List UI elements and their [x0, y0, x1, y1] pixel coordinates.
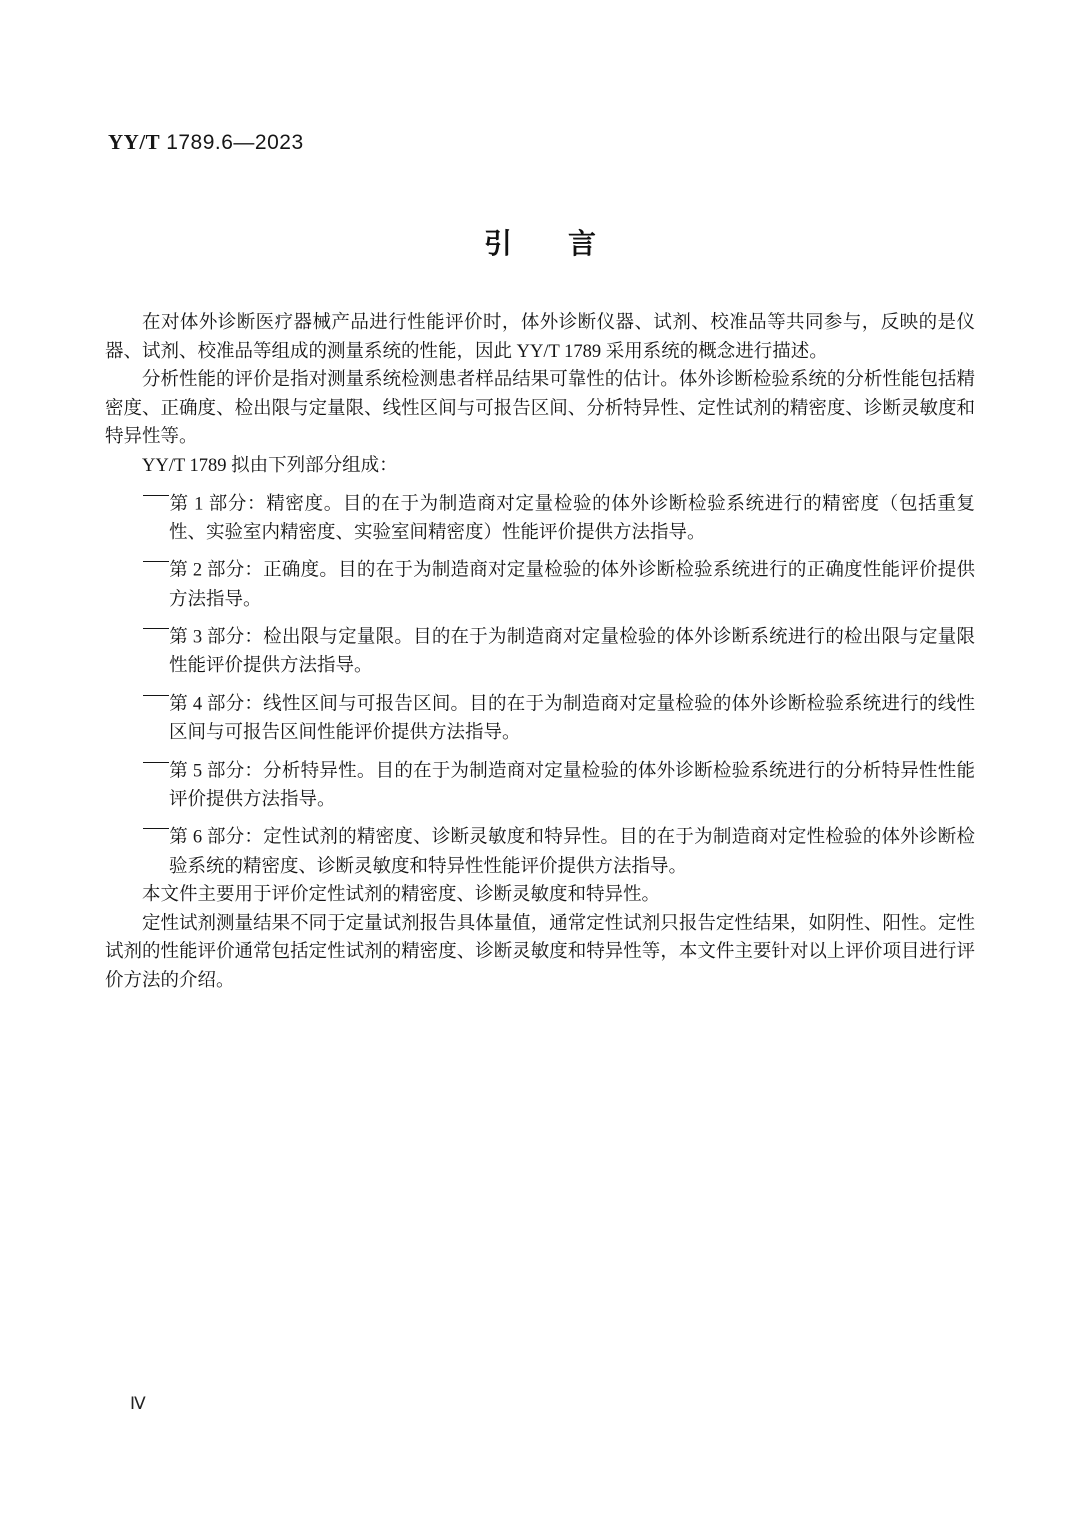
intro-paragraph-1: 在对体外诊断医疗器械产品进行性能评价时，体外诊断仪器、试剂、校准品等共同参与，反…: [105, 309, 975, 366]
standard-code-prefix: YY/T: [108, 130, 160, 154]
page-title: 引 言: [0, 222, 1080, 262]
dash-marker: ——: [143, 481, 169, 510]
part-list-item-3: ——第 3 部分：检出限与定量限。目的在于为制造商对定量检验的体外诊断系统进行的…: [105, 614, 975, 681]
dash-marker: ——: [143, 814, 169, 843]
part-item-text: 第 2 部分：正确度。目的在于为制造商对定量检验的体外诊断检验系统进行的正确度性…: [169, 561, 975, 610]
closing-paragraph: 定性试剂测量结果不同于定量试剂报告具体量值，通常定性试剂只报告定性结果，如阴性、…: [105, 910, 975, 996]
part-list-item-1: ——第 1 部分：精密度。目的在于为制造商对定量检验的体外诊断检验系统进行的精密…: [105, 481, 975, 548]
dash-marker: ——: [143, 748, 169, 777]
intro-paragraph-2: 分析性能的评价是指对测量系统检测患者样品结果可靠性的估计。体外诊断检验系统的分析…: [105, 366, 975, 452]
parts-list: ——第 1 部分：精密度。目的在于为制造商对定量检验的体外诊断检验系统进行的精密…: [105, 481, 975, 882]
part-item-text: 第 1 部分：精密度。目的在于为制造商对定量检验的体外诊断检验系统进行的精密度（…: [169, 494, 975, 543]
part-item-text: 第 4 部分：线性区间与可报告区间。目的在于为制造商对定量检验的体外诊断检验系统…: [169, 695, 975, 744]
part-item-text: 第 3 部分：检出限与定量限。目的在于为制造商对定量检验的体外诊断系统进行的检出…: [169, 628, 975, 677]
dash-marker: ——: [143, 681, 169, 710]
part-list-item-2: ——第 2 部分：正确度。目的在于为制造商对定量检验的体外诊断检验系统进行的正确…: [105, 547, 975, 614]
part-item-text: 第 6 部分：定性试剂的精密度、诊断灵敏度和特异性。目的在于为制造商对定性检验的…: [169, 828, 975, 877]
document-page: YY/T1789.6—2023 引 言 在对体外诊断医疗器械产品进行性能评价时，…: [0, 0, 1080, 1527]
dash-marker: ——: [143, 614, 169, 643]
parts-list-lead-in: YY/T 1789 拟由下列部分组成：: [105, 452, 975, 481]
part-item-text: 第 5 部分：分析特异性。目的在于为制造商对定量检验的体外诊断检验系统进行的分析…: [169, 761, 975, 810]
dash-marker: ——: [143, 547, 169, 576]
page-number: Ⅳ: [130, 1394, 146, 1414]
standard-code-number: 1789.6—2023: [166, 131, 303, 154]
scope-paragraph: 本文件主要用于评价定性试剂的精密度、诊断灵敏度和特异性。: [105, 881, 975, 910]
standard-code-header: YY/T1789.6—2023: [108, 130, 304, 155]
part-list-item-4: ——第 4 部分：线性区间与可报告区间。目的在于为制造商对定量检验的体外诊断检验…: [105, 681, 975, 748]
part-list-item-5: ——第 5 部分：分析特异性。目的在于为制造商对定量检验的体外诊断检验系统进行的…: [105, 748, 975, 815]
introduction-section: 在对体外诊断医疗器械产品进行性能评价时，体外诊断仪器、试剂、校准品等共同参与，反…: [105, 309, 975, 996]
part-list-item-6: ——第 6 部分：定性试剂的精密度、诊断灵敏度和特异性。目的在于为制造商对定性检…: [105, 814, 975, 881]
